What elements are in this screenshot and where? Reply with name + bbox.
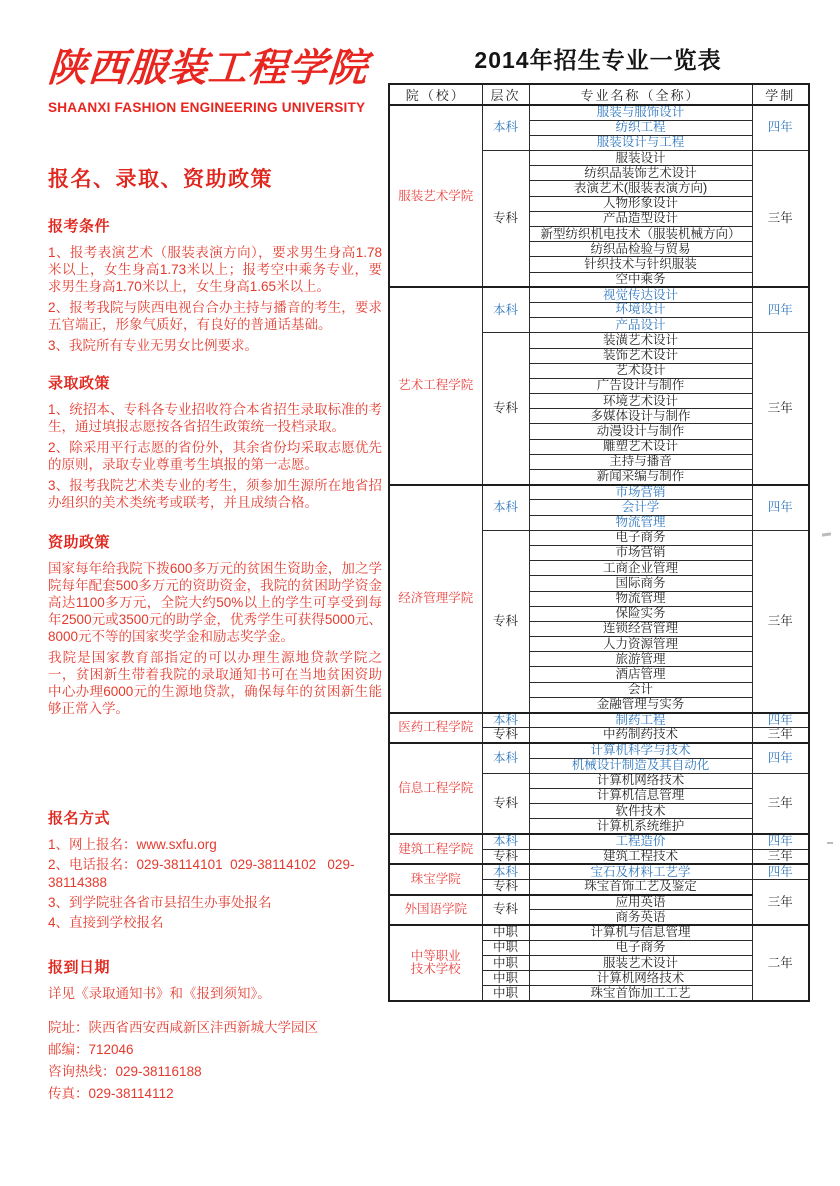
major-cell: 宝石及材料工艺学	[529, 864, 752, 879]
major-cell: 空中乘务	[529, 272, 752, 287]
left-sections: 报考条件1、报考表演艺术（服装表演方向），要求男生身高1.78米以上，女生身高1…	[48, 215, 382, 1103]
section-financial-aid: 资助政策国家每年给我院下拨600多万元的贫困生资助金，加之学院每年配套500多万…	[48, 531, 382, 717]
major-cell: 广告设计与制作	[529, 378, 752, 393]
level-cell: 专科	[482, 333, 529, 485]
level-cell: 专科	[482, 880, 529, 895]
major-cell: 计算机与信息管理	[529, 925, 752, 940]
major-cell: 纺织品装饰艺术设计	[529, 166, 752, 181]
paragraph: 3、报考我院艺术类专业的考生，须参加生源所在地省招办组织的美术类统考或联考，并且…	[48, 477, 382, 511]
major-cell: 服装设计	[529, 151, 752, 166]
major-cell: 旅游管理	[529, 652, 752, 667]
paragraph: 咨询热线：029-38116188	[48, 1063, 382, 1081]
major-cell: 视觉传达设计	[529, 287, 752, 302]
column-header: 院（校）	[389, 84, 482, 105]
section-admission-requirements: 报考条件1、报考表演艺术（服装表演方向），要求男生身高1.78米以上，女生身高1…	[48, 215, 382, 354]
level-cell: 中职	[482, 925, 529, 940]
policies-main-heading: 报名、录取、资助政策	[48, 163, 382, 193]
table-row: 服装艺术学院本科服装与服饰设计四年	[389, 105, 809, 120]
major-cell: 保险实务	[529, 606, 752, 621]
major-cell: 应用英语	[529, 895, 752, 910]
level-cell: 专科	[482, 895, 529, 925]
table-head: 院（校）层次专业名称（全称）学制	[389, 84, 809, 105]
major-cell: 计算机信息管理	[529, 788, 752, 803]
duration-cell: 三年	[752, 151, 809, 288]
paragraph: 1、报考表演艺术（服装表演方向），要求男生身高1.78米以上，女生身高1.73米…	[48, 244, 382, 295]
major-cell: 服装艺术设计	[529, 956, 752, 971]
table-row: 外国语学院专科应用英语	[389, 895, 809, 910]
level-cell: 中职	[482, 986, 529, 1001]
table-row: 建筑工程学院本科工程造价四年	[389, 834, 809, 849]
section-registration-methods: 报名方式1、网上报名：www.sxfu.org2、电话报名：029-381141…	[48, 807, 382, 932]
major-cell: 新闻采编与制作	[529, 470, 752, 485]
major-cell: 计算机网络技术	[529, 773, 752, 788]
section-heading: 报到日期	[48, 956, 382, 977]
major-cell: 环境设计	[529, 302, 752, 317]
college-cell: 建筑工程学院	[389, 834, 482, 864]
level-cell: 本科	[482, 105, 529, 151]
paragraph: 传真：029-38114112	[48, 1085, 382, 1103]
major-cell: 计算机网络技术	[529, 971, 752, 986]
major-cell: 表演艺术(服装表演方向)	[529, 181, 752, 196]
section-heading: 报考条件	[48, 215, 382, 236]
duration-cell: 二年	[752, 925, 809, 1001]
level-cell: 专科	[482, 849, 529, 864]
duration-cell: 三年	[752, 773, 809, 834]
column-header: 层次	[482, 84, 529, 105]
college-cell: 珠宝学院	[389, 864, 482, 894]
table-body: 服装艺术学院本科服装与服饰设计四年纺织工程服装设计与工程专科服装设计三年纺织品装…	[389, 105, 809, 1001]
duration-cell: 三年	[752, 880, 809, 926]
duration-cell: 三年	[752, 849, 809, 864]
scan-edge-mark	[827, 842, 833, 844]
level-cell: 中职	[482, 940, 529, 955]
table-row: 经济管理学院本科市场营销四年	[389, 485, 809, 500]
major-cell: 酒店管理	[529, 667, 752, 682]
paragraph: 院址：陕西省西安西咸新区沣西新城大学园区	[48, 1019, 382, 1037]
major-cell: 物流管理	[529, 515, 752, 530]
paragraph: 详见《录取通知书》和《报到须知》。	[48, 985, 382, 1003]
level-cell: 专科	[482, 151, 529, 288]
major-cell: 服装与服饰设计	[529, 105, 752, 120]
major-cell: 电子商务	[529, 530, 752, 545]
paragraph: 1、统招本、专科各专业招收符合本省招生录取标准的考生，通过填报志愿按各省招生政策…	[48, 401, 382, 435]
college-cell: 艺术工程学院	[389, 287, 482, 484]
major-cell: 产品设计	[529, 318, 752, 333]
level-cell: 中职	[482, 956, 529, 971]
level-cell: 专科	[482, 728, 529, 743]
scan-edge-mark	[822, 532, 831, 536]
level-cell: 本科	[482, 743, 529, 773]
duration-cell: 四年	[752, 743, 809, 773]
level-cell: 本科	[482, 287, 529, 333]
column-header: 学制	[752, 84, 809, 105]
major-cell: 动漫设计与制作	[529, 424, 752, 439]
major-cell: 市场营销	[529, 485, 752, 500]
major-cell: 会计学	[529, 500, 752, 515]
major-cell: 环境艺术设计	[529, 394, 752, 409]
section-heading: 报名方式	[48, 807, 382, 828]
paragraph: 2、电话报名：029-38114101 029-38114102 029-381…	[48, 856, 382, 892]
major-cell: 会计	[529, 682, 752, 697]
major-cell: 机械设计制造及其自动化	[529, 758, 752, 773]
major-cell: 纺织工程	[529, 120, 752, 135]
major-cell: 新型纺织机电技术（服装机械方向）	[529, 227, 752, 242]
college-cell: 中等职业 技术学校	[389, 925, 482, 1001]
college-cell: 服装艺术学院	[389, 105, 482, 287]
major-cell: 雕塑艺术设计	[529, 439, 752, 454]
section-heading: 录取政策	[48, 372, 382, 393]
duration-cell: 三年	[752, 530, 809, 712]
duration-cell: 四年	[752, 864, 809, 879]
major-cell: 工程造价	[529, 834, 752, 849]
paragraph: 3、到学院驻各省市县招生办事处报名	[48, 894, 382, 912]
duration-cell: 四年	[752, 287, 809, 333]
paragraph: 我院是国家教育部指定的可以办理生源地贷款学院之一，贫困新生带着我院的录取通知书可…	[48, 649, 382, 717]
university-logo-calligraphy: 陕西服装工程学院	[46, 40, 384, 96]
major-cell: 产品造型设计	[529, 211, 752, 226]
paragraph: 国家每年给我院下拨600多万元的贫困生资助金，加之学院每年配套500多万元的资助…	[48, 560, 382, 645]
major-cell: 计算机科学与技术	[529, 743, 752, 758]
major-cell: 软件技术	[529, 804, 752, 819]
level-cell: 中职	[482, 971, 529, 986]
column-header: 专业名称（全称）	[529, 84, 752, 105]
paragraph: 1、网上报名：www.sxfu.org	[48, 836, 382, 854]
major-cell: 艺术设计	[529, 363, 752, 378]
major-cell: 国际商务	[529, 576, 752, 591]
level-cell: 本科	[482, 713, 529, 728]
college-cell: 外国语学院	[389, 895, 482, 925]
section-report-date: 报到日期详见《录取通知书》和《报到须知》。	[48, 956, 382, 1003]
major-cell: 物流管理	[529, 591, 752, 606]
major-cell: 中药制药技术	[529, 728, 752, 743]
majors-table: 院（校）层次专业名称（全称）学制 服装艺术学院本科服装与服饰设计四年纺织工程服装…	[388, 83, 810, 1002]
table-row: 医药工程学院本科制药工程四年	[389, 713, 809, 728]
major-cell: 市场营销	[529, 545, 752, 560]
duration-cell: 三年	[752, 728, 809, 743]
major-cell: 计算机系统维护	[529, 819, 752, 834]
paragraph: 4、直接到学校报名	[48, 914, 382, 932]
duration-cell: 四年	[752, 485, 809, 531]
section-heading: 资助政策	[48, 531, 382, 552]
major-cell: 装饰艺术设计	[529, 348, 752, 363]
section-contact-info: 院址：陕西省西安西咸新区沣西新城大学园区邮编：712046咨询热线：029-38…	[48, 1019, 382, 1103]
major-cell: 珠宝首饰加工工艺	[529, 986, 752, 1001]
university-name-english: SHAANXI FASHION ENGINEERING UNIVERSITY	[48, 100, 382, 115]
paragraph: 3、我院所有专业无男女比例要求。	[48, 337, 382, 354]
duration-cell: 四年	[752, 834, 809, 849]
level-cell: 专科	[482, 530, 529, 712]
major-cell: 纺织品检验与贸易	[529, 242, 752, 257]
major-cell: 服装设计与工程	[529, 135, 752, 150]
paragraph: 2、报考我院与陕西电视台合办主持与播音的考生，要求五官端正，形象气质好，有良好的…	[48, 299, 382, 333]
table-row: 信息工程学院本科计算机科学与技术四年	[389, 743, 809, 758]
major-cell: 多媒体设计与制作	[529, 409, 752, 424]
table-header-row: 院（校）层次专业名称（全称）学制	[389, 84, 809, 105]
page-title: 2014年招生专业一览表	[388, 42, 808, 75]
college-cell: 经济管理学院	[389, 485, 482, 713]
major-cell: 金融管理与实务	[529, 697, 752, 712]
major-cell: 主持与播音	[529, 454, 752, 469]
college-cell: 医药工程学院	[389, 713, 482, 743]
level-cell: 本科	[482, 834, 529, 849]
duration-cell: 四年	[752, 713, 809, 728]
table-row: 珠宝学院本科宝石及材料工艺学四年	[389, 864, 809, 879]
left-panel: 陕西服装工程学院 SHAANXI FASHION ENGINEERING UNI…	[48, 40, 382, 1107]
major-cell: 工商企业管理	[529, 561, 752, 576]
level-cell: 专科	[482, 773, 529, 834]
section-admission-policy: 录取政策1、统招本、专科各专业招收符合本省招生录取标准的考生，通过填报志愿按各省…	[48, 372, 382, 511]
table-row: 中等职业 技术学校中职计算机与信息管理二年	[389, 925, 809, 940]
major-cell: 人力资源管理	[529, 637, 752, 652]
major-cell: 商务英语	[529, 910, 752, 925]
table-row: 艺术工程学院本科视觉传达设计四年	[389, 287, 809, 302]
major-cell: 电子商务	[529, 940, 752, 955]
level-cell: 本科	[482, 864, 529, 879]
major-cell: 连锁经营管理	[529, 621, 752, 636]
paragraph: 2、除采用平行志愿的省份外，其余省份均采取志愿优先的原则，录取专业尊重考生填报的…	[48, 439, 382, 473]
major-cell: 针织技术与针织服装	[529, 257, 752, 272]
duration-cell: 四年	[752, 105, 809, 151]
major-cell: 珠宝首饰工艺及鉴定	[529, 880, 752, 895]
paragraph: 邮编：712046	[48, 1041, 382, 1059]
major-cell: 装潢艺术设计	[529, 333, 752, 348]
major-cell: 制药工程	[529, 713, 752, 728]
college-cell: 信息工程学院	[389, 743, 482, 834]
major-cell: 人物形象设计	[529, 196, 752, 211]
major-cell: 建筑工程技术	[529, 849, 752, 864]
duration-cell: 三年	[752, 333, 809, 485]
level-cell: 本科	[482, 485, 529, 531]
